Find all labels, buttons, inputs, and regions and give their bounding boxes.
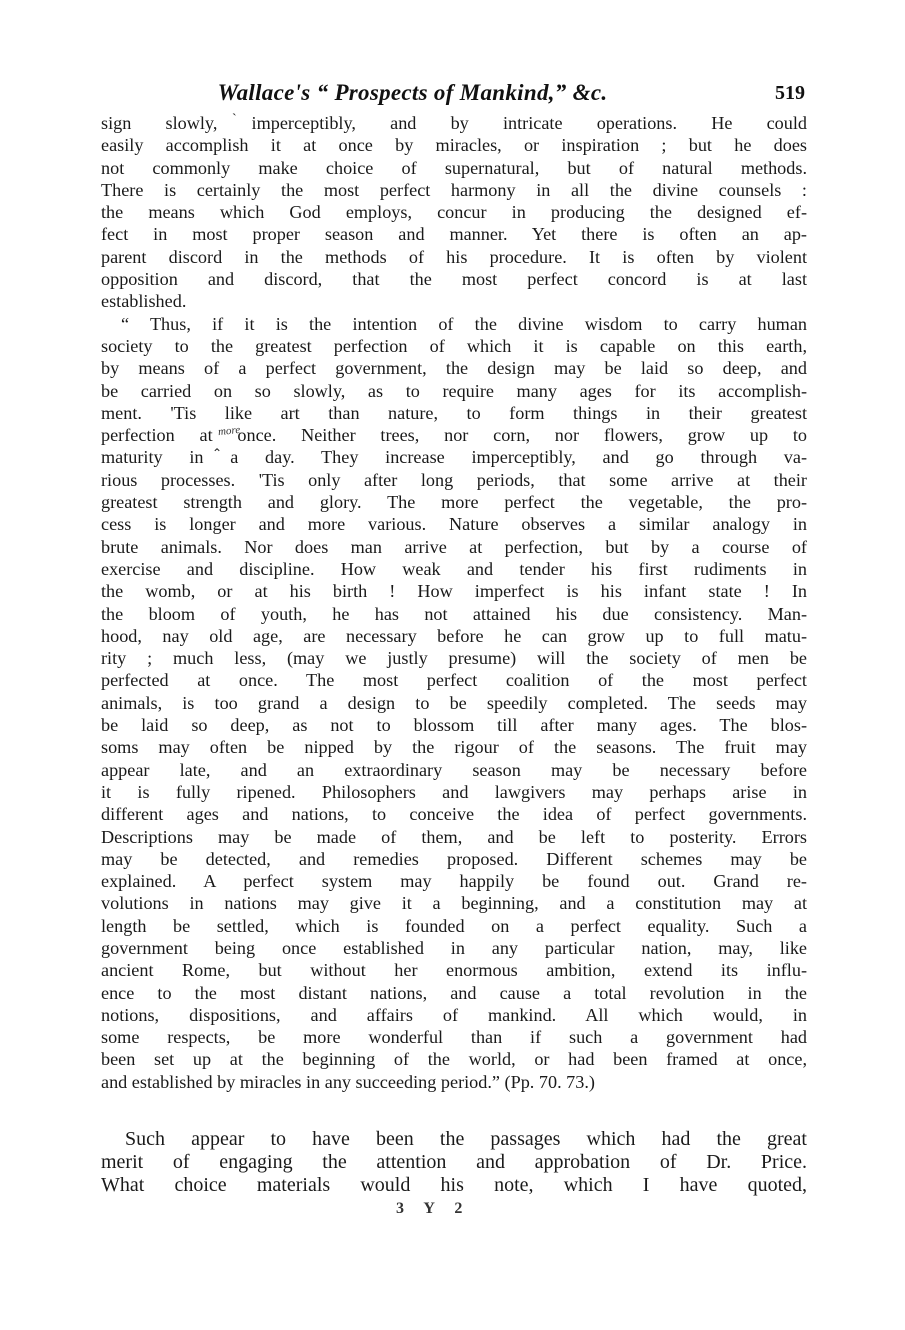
text-line: exercise and discipline. How weak and te… bbox=[101, 558, 807, 580]
text-line: the womb, or at his birth ! How imperfec… bbox=[101, 580, 807, 602]
text-line: notions, dispositions, and affairs of ma… bbox=[101, 1004, 807, 1026]
text-line: What choice materials would his note, wh… bbox=[101, 1174, 807, 1197]
text-line: established. bbox=[101, 290, 807, 312]
text-line: greatest strength and glory. The more pe… bbox=[101, 491, 807, 513]
text-line: may be detected, and remedies proposed. … bbox=[101, 848, 807, 870]
text-line: fect in most proper season and manner. Y… bbox=[101, 223, 807, 245]
text-line: be carried on so slowly, as to require m… bbox=[101, 380, 807, 402]
text-line: Such appear to have been the passages wh… bbox=[101, 1128, 807, 1151]
text-line: ment. 'Tis like art than nature, to form… bbox=[101, 402, 807, 424]
text-line: been set up at the beginning of the worl… bbox=[101, 1048, 807, 1070]
text-line: explained. A perfect system may happily … bbox=[101, 870, 807, 892]
text-line: not commonly make choice of supernatural… bbox=[101, 157, 807, 179]
text-line: easily accomplish it at once by miracles… bbox=[101, 134, 807, 156]
printer-signature-mark: 3 Y 2 bbox=[396, 1200, 470, 1218]
text-line: There is certainly the most perfect harm… bbox=[101, 179, 807, 201]
text-line: maturity in a day. They increase imperce… bbox=[101, 446, 807, 468]
text-line: different ages and nations, to conceive … bbox=[101, 803, 807, 825]
text-line: animals, is too grand a design to be spe… bbox=[101, 692, 807, 714]
text-line: the bloom of youth, he has not attained … bbox=[101, 603, 807, 625]
text-line: “ Thus, if it is the intention of the di… bbox=[101, 313, 807, 335]
text-line: cess is longer and more various. Nature … bbox=[101, 513, 807, 535]
text-line: merit of engaging the attention and appr… bbox=[101, 1151, 807, 1174]
text-line: government being once established in any… bbox=[101, 937, 807, 959]
text-line: hood, nay old age, are necessary before … bbox=[101, 625, 807, 647]
text-line: sign slowly, imperceptibly, and by intri… bbox=[101, 112, 807, 134]
text-line: Descriptions may be made of them, and be… bbox=[101, 826, 807, 848]
text-line: length be settled, which is founded on a… bbox=[101, 915, 807, 937]
text-line: ence to the most distant nations, and ca… bbox=[101, 982, 807, 1004]
running-head: Wallace's “ Prospects of Mankind,” &c. 5… bbox=[100, 78, 805, 112]
text-line: be laid so deep, as not to blossom till … bbox=[101, 714, 807, 736]
text-line: opposition and discord, that the most pe… bbox=[101, 268, 807, 290]
text-line: society to the greatest perfection of wh… bbox=[101, 335, 807, 357]
closing-paragraph: Such appear to have been the passages wh… bbox=[101, 1128, 807, 1197]
page-body: sign slowly, imperceptibly, and by intri… bbox=[101, 112, 807, 1093]
quoted-paragraph-1: sign slowly, imperceptibly, and by intri… bbox=[101, 112, 807, 313]
running-title: Wallace's “ Prospects of Mankind,” &c. bbox=[100, 80, 725, 106]
text-line: brute animals. Nor does man arrive at pe… bbox=[101, 536, 807, 558]
text-line: perfection at once. Neither trees, nor c… bbox=[101, 424, 807, 446]
text-line: it is fully ripened. Philosophers and la… bbox=[101, 781, 807, 803]
text-line: ancient Rome, but without her enormous a… bbox=[101, 959, 807, 981]
text-line: parent discord in the methods of his pro… bbox=[101, 246, 807, 268]
text-line: and established by miracles in any succe… bbox=[101, 1071, 807, 1093]
text-line: rious processes. 'Tis only after long pe… bbox=[101, 469, 807, 491]
quoted-paragraph-2: “ Thus, if it is the intention of the di… bbox=[101, 313, 807, 1093]
text-line: rity ; much less, (may we justly presume… bbox=[101, 647, 807, 669]
insertion-caret-mark: ⌃ bbox=[212, 446, 222, 461]
text-line: perfected at once. The most perfect coal… bbox=[101, 669, 807, 691]
page-number: 519 bbox=[775, 82, 805, 105]
text-line: the means which God employs, concur in p… bbox=[101, 201, 807, 223]
handwritten-annotation: more bbox=[217, 424, 240, 438]
text-line: some respects, be more wonderful than if… bbox=[101, 1026, 807, 1048]
text-line: appear late, and an extraordinary season… bbox=[101, 759, 807, 781]
text-line: by means of a perfect government, the de… bbox=[101, 357, 807, 379]
text-line: soms may often be nipped by the rigour o… bbox=[101, 736, 807, 758]
text-line: volutions in nations may give it a begin… bbox=[101, 892, 807, 914]
